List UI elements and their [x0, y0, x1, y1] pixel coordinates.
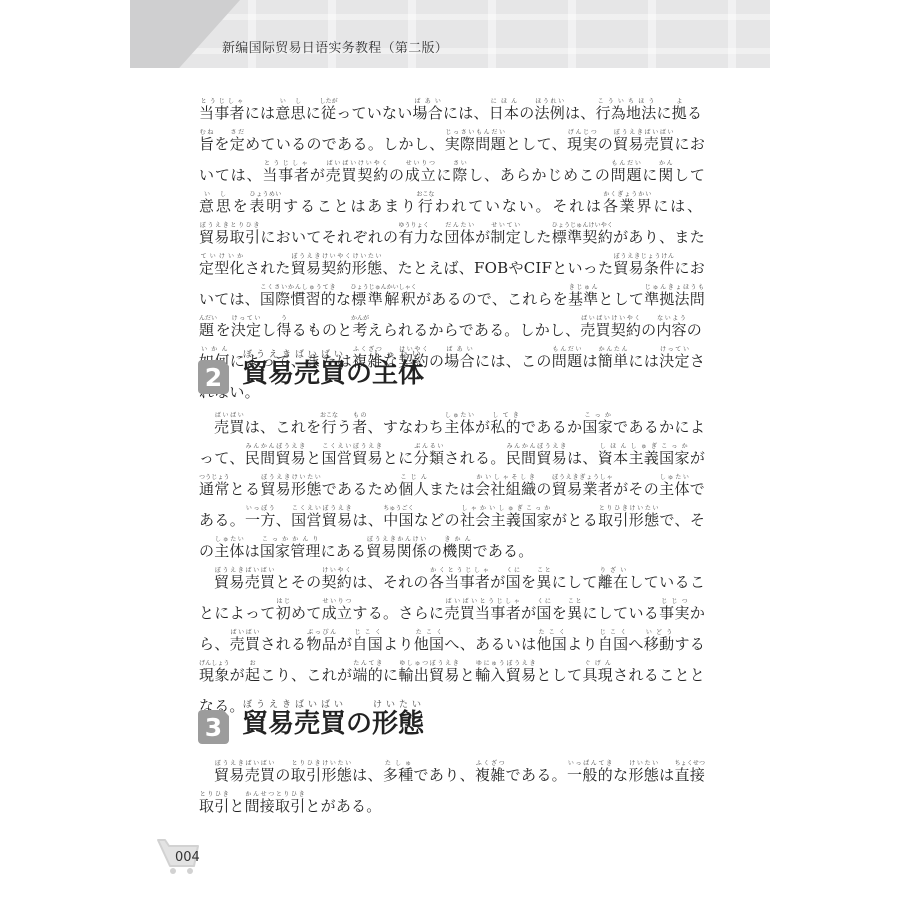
paragraph-text: 貿易売買ぼうえきばいばいの取引形態とりひきけいたいは、多種たしゅであり、複雑ふく… [199, 760, 705, 822]
paragraph-text: 売買ばいばいは、これを行おこなう者もの、すなわち主体しゅたいが私的してきであるか… [199, 412, 705, 567]
book-title: 新编国际贸易日语实务教程（第二版） [222, 37, 448, 56]
section-title: 貿易売買ぼうえきばいばいの形態けいたい [242, 700, 424, 740]
paragraph-text: 貿易売買ぼうえきばいばいとその契約けいやくは、それの各当事者かくとうじしゃが国く… [199, 567, 705, 722]
section-number-badge: 2 [198, 360, 229, 394]
section-2-body: 売買ばいばいは、これを行おこなう者もの、すなわち主体しゅたいが私的してきであるか… [199, 412, 705, 722]
section-heading-2: 2 貿易売買ぼうえきばいばいの主体しゅたい [198, 350, 498, 400]
running-header: 新编国际贸易日语实务教程（第二版） [130, 0, 770, 68]
page-footer: 004 [156, 836, 206, 876]
section-3-body: 貿易売買ぼうえきばいばいの取引形態とりひきけいたいは、多種たしゅであり、複雑ふく… [199, 760, 705, 822]
section-number-badge: 3 [198, 710, 229, 744]
page-number: 004 [175, 850, 200, 865]
section-heading-3: 3 貿易売買ぼうえきばいばいの形態けいたい [198, 700, 498, 750]
section-title: 貿易売買ぼうえきばいばいの主体しゅたい [242, 350, 424, 390]
